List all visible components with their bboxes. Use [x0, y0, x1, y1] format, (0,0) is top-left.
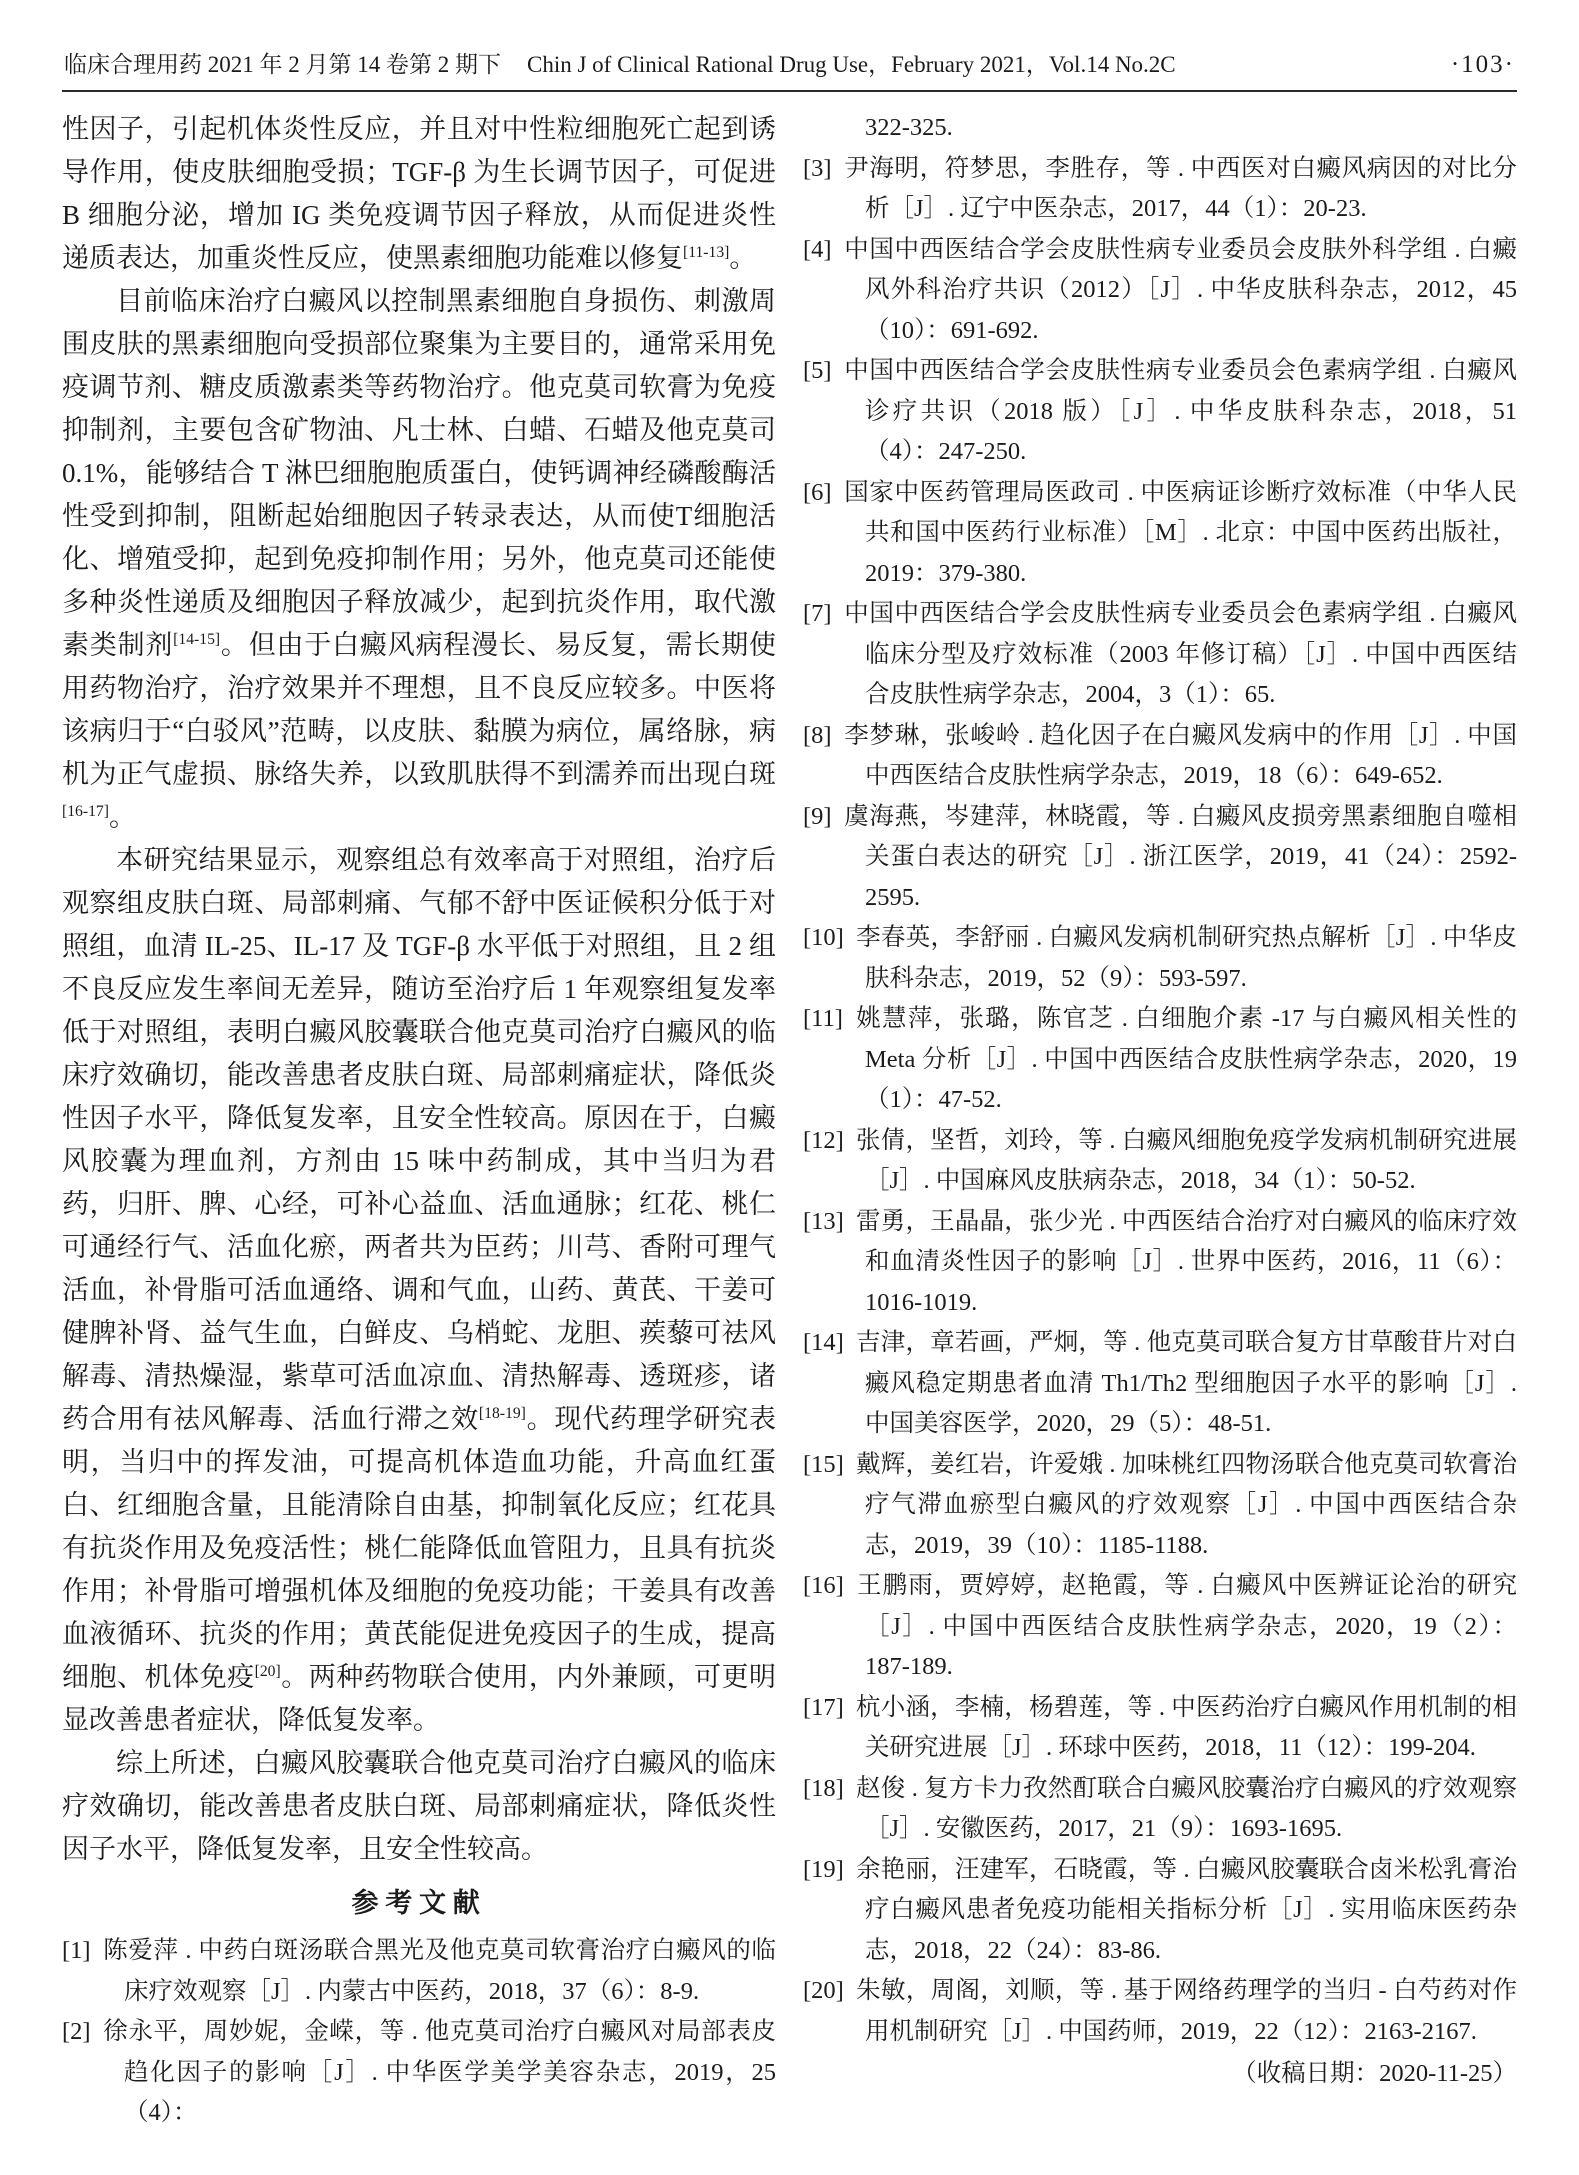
- citation-superscript: [20]: [255, 1663, 281, 1680]
- reference-item: [19]余艳丽，汪建军，石晓霞，等 . 白癜风胶囊联合卤米松乳膏治疗白癜风患者免…: [803, 1850, 1517, 1972]
- reference-text: 姚慧萍，张璐，陈官芝 . 白细胞介素 -17 与白癜风相关性的 Meta 分析［…: [855, 1005, 1517, 1113]
- citation-superscript: [11-13]: [683, 244, 729, 261]
- reference-label: [19]: [803, 1856, 856, 1883]
- reference-item: [11]姚慧萍，张璐，陈官芝 . 白细胞介素 -17 与白癜风相关性的 Meta…: [803, 999, 1517, 1121]
- reference-continuation: 322-325.: [803, 108, 1517, 149]
- received-date: （收稿日期：2020-11-25）: [803, 2054, 1517, 2095]
- two-column-body: 性因子，引起机体炎性反应，并且对中性粒细胞死亡起到诱导作用，使皮肤细胞受损；TG…: [62, 108, 1517, 2134]
- citation-superscript: [16-17]: [62, 803, 109, 820]
- reference-item: [3]尹海明，符梦思，李胜存，等 . 中西医对白癜风病因的对比分析［J］. 辽宁…: [803, 149, 1517, 230]
- reference-label: [2]: [62, 2018, 103, 2045]
- reference-item: [5]中国中西医结合学会皮肤性病专业委员会色素病学组 . 白癜风诊疗共识（201…: [803, 351, 1517, 473]
- reference-text: 赵俊 . 复方卡力孜然酊联合白癜风胶囊治疗白癜风的疗效观察［J］. 安徽医药，2…: [856, 1775, 1517, 1843]
- paragraph-text: 。: [729, 243, 756, 273]
- references-heading: 参考文献: [62, 1881, 776, 1925]
- reference-item: [14]吉津，章若画，严炯，等 . 他克莫司联合复方甘草酸苷片对白癜风稳定期患者…: [803, 1323, 1517, 1445]
- reference-label: [17]: [803, 1694, 856, 1721]
- citation-superscript: [14-15]: [173, 631, 220, 648]
- reference-item: [1]陈爱萍 . 中药白斑汤联合黑光及他克莫司软膏治疗白癜风的临床疗效观察［J］…: [62, 1931, 776, 2012]
- reference-label: [7]: [803, 600, 844, 627]
- reference-text: 雷勇，王晶晶，张少光 . 中西医结合治疗对白癜风的临床疗效和血清炎性因子的影响［…: [856, 1208, 1517, 1316]
- reference-text: 戴辉，姜红岩，许爱娥 . 加味桃红四物汤联合他克莫司软膏治疗气滞血瘀型白癜风的疗…: [856, 1451, 1517, 1559]
- reference-text: 虞海燕，岑建萍，林晓霞，等 . 白癜风皮损旁黑素细胞自噬相关蛋白表达的研究［J］…: [844, 803, 1517, 911]
- reference-label: [18]: [803, 1775, 856, 1802]
- paragraph-text: 综上所述，白癜风胶囊联合他克莫司治疗白癜风的临床疗效确切，能改善患者皮肤白斑、局…: [62, 1748, 776, 1864]
- journal-title-cn: 临床合理用药 2021 年 2 月第 14 卷第 2 期下: [64, 52, 501, 77]
- body-paragraph: 本研究结果显示，观察组总有效率高于对照组，治疗后观察组皮肤白斑、局部刺痛、气郁不…: [62, 839, 776, 1742]
- paragraph-text: 。: [109, 802, 136, 832]
- paragraph-text: 性因子，引起机体炎性反应，并且对中性粒细胞死亡起到诱导作用，使皮肤细胞受损；TG…: [62, 114, 776, 273]
- reference-label: [14]: [803, 1329, 856, 1356]
- citation-superscript: [18-19]: [479, 1405, 526, 1422]
- reference-text: 余艳丽，汪建军，石晓霞，等 . 白癜风胶囊联合卤米松乳膏治疗白癜风患者免疫功能相…: [856, 1856, 1517, 1964]
- reference-text: 吉津，章若画，严炯，等 . 他克莫司联合复方甘草酸苷片对白癜风稳定期患者血清 T…: [856, 1329, 1517, 1437]
- right-column: 322-325. [3]尹海明，符梦思，李胜存，等 . 中西医对白癜风病因的对比…: [803, 108, 1517, 2134]
- reference-text: 尹海明，符梦思，李胜存，等 . 中西医对白癜风病因的对比分析［J］. 辽宁中医杂…: [844, 155, 1517, 223]
- reference-label: [15]: [803, 1451, 856, 1478]
- reference-label: [8]: [803, 722, 844, 749]
- reference-item: [20]朱敏，周阁，刘顺，等 . 基于网络药理学的当归 - 白芍药对作用机制研究…: [803, 1971, 1517, 2052]
- reference-text: 中国中西医结合学会皮肤性病专业委员会色素病学组 . 白癜风诊疗共识（2018 版…: [844, 357, 1517, 465]
- reference-label: [11]: [803, 1005, 855, 1032]
- reference-label: [1]: [62, 1937, 103, 1964]
- reference-text: 王鹏雨，贾婷婷，赵艳霞，等 . 白癜风中医辨证论治的研究［J］. 中国中西医结合…: [856, 1572, 1517, 1680]
- reference-label: [3]: [803, 155, 844, 182]
- reference-label: [12]: [803, 1127, 856, 1154]
- reference-text: 国家中医药管理局医政司 . 中医病证诊断疗效标准（中华人民共和国中医药行业标准）…: [844, 479, 1517, 587]
- reference-text: 杭小涵，李楠，杨碧莲，等 . 中医药治疗白癜风作用机制的相关研究进展［J］. 环…: [856, 1694, 1517, 1762]
- reference-item: [8]李梦琳，张峻岭 . 趋化因子在白癜风发病中的作用［J］. 中国中西医结合皮…: [803, 716, 1517, 797]
- reference-text: 张倩，坚哲，刘玲，等 . 白癜风细胞免疫学发病机制研究进展［J］. 中国麻风皮肤…: [856, 1127, 1517, 1195]
- reference-label: [9]: [803, 803, 844, 830]
- reference-label: [13]: [803, 1208, 856, 1235]
- reference-item: [2]徐永平，周妙妮，金嵘，等 . 他克莫司治疗白癜风对局部表皮趋化因子的影响［…: [62, 2012, 776, 2134]
- paragraph-text: 本研究结果显示，观察组总有效率高于对照组，治疗后观察组皮肤白斑、局部刺痛、气郁不…: [62, 845, 776, 1434]
- reference-label: [10]: [803, 924, 856, 951]
- reference-label: [4]: [803, 236, 844, 263]
- reference-item: [7]中国中西医结合学会皮肤性病专业委员会色素病学组 . 白癜风临床分型及疗效标…: [803, 594, 1517, 716]
- reference-text: 中国中西医结合学会皮肤性病专业委员会皮肤外科学组 . 白癜风外科治疗共识（201…: [844, 236, 1517, 344]
- reference-item: [12]张倩，坚哲，刘玲，等 . 白癜风细胞免疫学发病机制研究进展［J］. 中国…: [803, 1121, 1517, 1202]
- reference-item: [16]王鹏雨，贾婷婷，赵艳霞，等 . 白癜风中医辨证论治的研究［J］. 中国中…: [803, 1566, 1517, 1688]
- reference-text: 徐永平，周妙妮，金嵘，等 . 他克莫司治疗白癜风对局部表皮趋化因子的影响［J］.…: [103, 2018, 776, 2126]
- reference-item: [13]雷勇，王晶晶，张少光 . 中西医结合治疗对白癜风的临床疗效和血清炎性因子…: [803, 1202, 1517, 1324]
- body-paragraph: 目前临床治疗白癜风以控制黑素细胞自身损伤、刺激周围皮肤的黑素细胞向受损部位聚集为…: [62, 280, 776, 839]
- header-divider: [62, 90, 1517, 92]
- reference-text: 朱敏，周阁，刘顺，等 . 基于网络药理学的当归 - 白芍药对作用机制研究［J］.…: [856, 1977, 1517, 2045]
- reference-label: [20]: [803, 1977, 856, 2004]
- reference-text: 李春英，李舒丽 . 白癜风发病机制研究热点解析［J］. 中华皮肤科杂志，2019…: [856, 924, 1517, 992]
- reference-item: [17]杭小涵，李楠，杨碧莲，等 . 中医药治疗白癜风作用机制的相关研究进展［J…: [803, 1688, 1517, 1769]
- reference-text: 陈爱萍 . 中药白斑汤联合黑光及他克莫司软膏治疗白癜风的临床疗效观察［J］. 内…: [103, 1937, 776, 2005]
- reference-label: [5]: [803, 357, 844, 384]
- reference-item: [10]李春英，李舒丽 . 白癜风发病机制研究热点解析［J］. 中华皮肤科杂志，…: [803, 918, 1517, 999]
- reference-item: [6]国家中医药管理局医政司 . 中医病证诊断疗效标准（中华人民共和国中医药行业…: [803, 473, 1517, 595]
- left-column: 性因子，引起机体炎性反应，并且对中性粒细胞死亡起到诱导作用，使皮肤细胞受损；TG…: [62, 108, 776, 2134]
- paragraph-text: 目前临床治疗白癜风以控制黑素细胞自身损伤、刺激周围皮肤的黑素细胞向受损部位聚集为…: [62, 286, 776, 660]
- reference-text: 李梦琳，张峻岭 . 趋化因子在白癜风发病中的作用［J］. 中国中西医结合皮肤性病…: [844, 722, 1517, 790]
- journal-page: 临床合理用药 2021 年 2 月第 14 卷第 2 期下Chin J of C…: [0, 0, 1579, 2175]
- journal-citation-line: 临床合理用药 2021 年 2 月第 14 卷第 2 期下Chin J of C…: [64, 50, 1176, 80]
- reference-item: [9]虞海燕，岑建萍，林晓霞，等 . 白癜风皮损旁黑素细胞自噬相关蛋白表达的研究…: [803, 797, 1517, 919]
- body-paragraph: 性因子，引起机体炎性反应，并且对中性粒细胞死亡起到诱导作用，使皮肤细胞受损；TG…: [62, 108, 776, 280]
- reference-label: [16]: [803, 1572, 856, 1599]
- page-number: ·103·: [1451, 50, 1515, 80]
- body-paragraph: 综上所述，白癜风胶囊联合他克莫司治疗白癜风的临床疗效确切，能改善患者皮肤白斑、局…: [62, 1742, 776, 1871]
- reference-text: 中国中西医结合学会皮肤性病专业委员会色素病学组 . 白癜风临床分型及疗效标准（2…: [844, 600, 1517, 708]
- journal-title-en: Chin J of Clinical Rational Drug Use，Feb…: [527, 52, 1176, 77]
- reference-label: [6]: [803, 479, 844, 506]
- reference-item: [15]戴辉，姜红岩，许爱娥 . 加味桃红四物汤联合他克莫司软膏治疗气滞血瘀型白…: [803, 1445, 1517, 1567]
- page-header: 临床合理用药 2021 年 2 月第 14 卷第 2 期下Chin J of C…: [62, 42, 1517, 90]
- paragraph-text: 。现代药理学研究表明，当归中的挥发油，可提高机体造血功能，升高血红蛋白、红细胞含…: [62, 1404, 776, 1692]
- reference-item: [4]中国中西医结合学会皮肤性病专业委员会皮肤外科学组 . 白癜风外科治疗共识（…: [803, 230, 1517, 352]
- reference-item: [18]赵俊 . 复方卡力孜然酊联合白癜风胶囊治疗白癜风的疗效观察［J］. 安徽…: [803, 1769, 1517, 1850]
